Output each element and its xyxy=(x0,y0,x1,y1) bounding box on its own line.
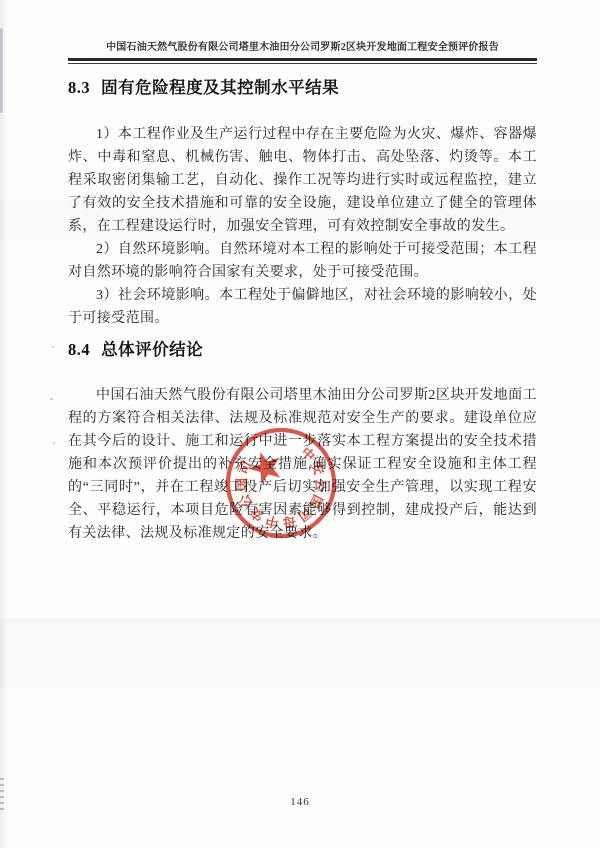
page-content: 中国石油天然气股份有限公司塔里木油田分公司罗斯2区块开发地面工程安全预评价报告 … xyxy=(68,38,537,545)
section-number: 8.3 xyxy=(68,78,90,98)
scan-speck xyxy=(50,398,53,400)
section-heading-8-4: 8.4 总体评价结论 xyxy=(68,336,537,360)
scan-smudge xyxy=(0,28,3,113)
scan-speck xyxy=(53,442,55,444)
section-8-4-body: 中国石油天然气股份有限公司塔里木油田分公司罗斯2区块开发地面工程的方案符合相关法… xyxy=(68,384,537,545)
document-page: 中国石油天然气股份有限公司塔里木油田分公司罗斯2区块开发地面工程安全预评价报告 … xyxy=(0,0,600,848)
section-8-3-body: 1）本工程作业及生产运行过程中存在主要危险为火灾、爆炸、容器爆炸、中毒和窒息、机… xyxy=(68,123,537,330)
paragraph: 2）自然环境影响。自然环境对本工程的影响处于可接受范围；本工程对自然环境的影响符… xyxy=(68,238,537,284)
section-heading-8-3: 8.3 固有危险程度及其控制水平结果 xyxy=(68,74,537,98)
running-header: 中国石油天然气股份有限公司塔里木油田分公司罗斯2区块开发地面工程安全预评价报告 xyxy=(68,38,537,53)
scan-band xyxy=(0,618,600,688)
paragraph: 中国石油天然气股份有限公司塔里木油田分公司罗斯2区块开发地面工程的方案符合相关法… xyxy=(68,384,537,545)
header-rule xyxy=(68,58,537,64)
section-title: 固有危险程度及其控制水平结果 xyxy=(101,74,339,98)
paragraph: 1）本工程作业及生产运行过程中存在主要危险为火灾、爆炸、容器爆炸、中毒和窒息、机… xyxy=(68,123,537,238)
section-number: 8.4 xyxy=(68,340,90,360)
paragraph: 3）社会环境影响。本工程处于偏僻地区，对社会环境的影响较小，处于可接受范围。 xyxy=(68,284,537,330)
page-number: 146 xyxy=(0,796,600,808)
scan-edge-shadow xyxy=(0,0,7,848)
section-title: 总体评价结论 xyxy=(101,336,203,360)
scan-speck xyxy=(52,346,54,348)
